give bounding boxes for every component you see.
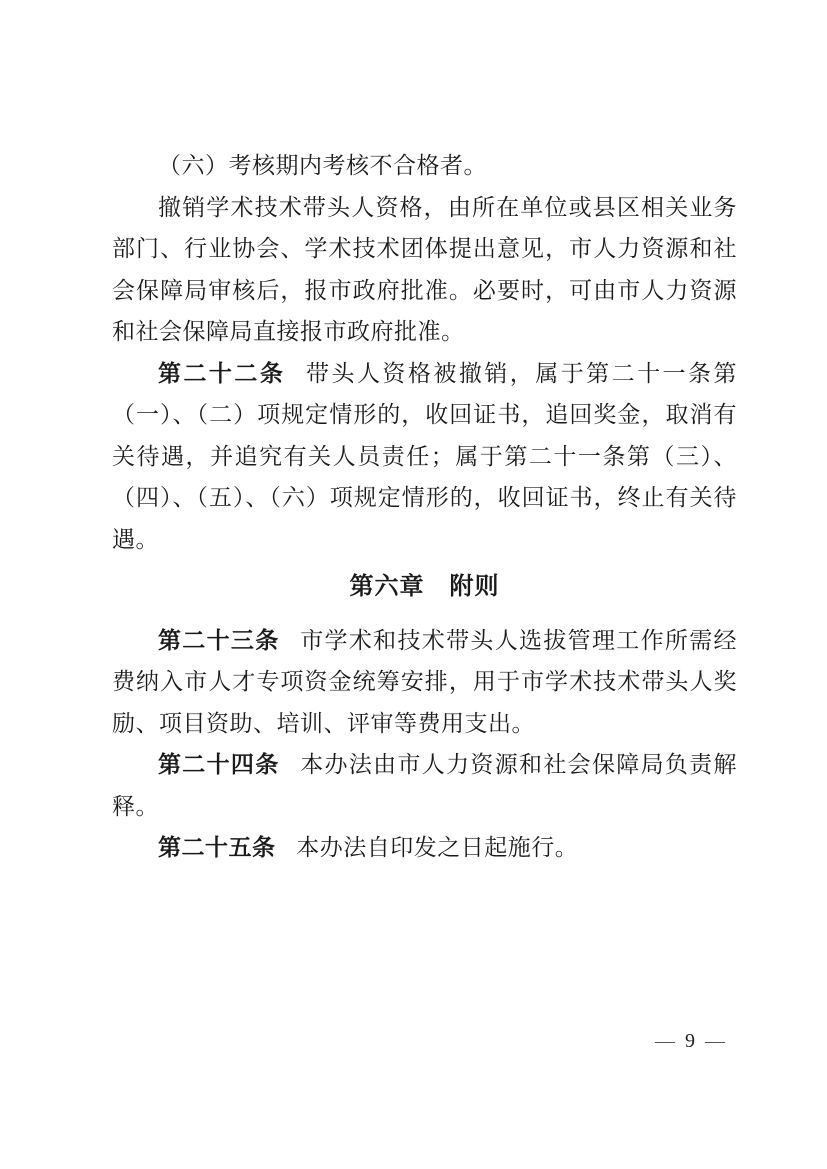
paragraph-article-24: 第二十四条本办法由市人力资源和社会保障局负责解释。 [112,744,737,827]
article-number-24: 第二十四条 [158,751,280,777]
article-number-22: 第二十二条 [158,360,285,386]
page-number: 9 [677,1030,703,1052]
paragraph-text: 带头人资格被撤销，属于第二十一条第（一）、（二）项规定情形的，收回证书，追回奖金… [112,361,737,552]
document-body: （六）考核期内考核不合格者。 撤销学术技术带头人资格，由所在单位或县区相关业务部… [112,145,737,869]
paragraph-revocation-procedure: 撤销学术技术带头人资格，由所在单位或县区相关业务部门、行业协会、学术技术团体提出… [112,187,737,353]
paragraph-article-22: 第二十二条带头人资格被撤销，属于第二十一条第（一）、（二）项规定情形的，收回证书… [112,353,737,561]
chapter-heading: 第六章 附则 [112,566,737,608]
paragraph-item-6-clause: （六）考核期内考核不合格者。 [112,145,737,187]
paragraph-text: （六）考核期内考核不合格者。 [158,153,487,178]
footer-dash-right: — [703,1030,727,1052]
document-page: （六）考核期内考核不合格者。 撤销学术技术带头人资格，由所在单位或县区相关业务部… [0,0,827,1169]
paragraph-text: 本办法自印发之日起施行。 [296,835,578,860]
article-number-25: 第二十五条 [158,834,276,860]
paragraph-text: 撤销学术技术带头人资格，由所在单位或县区相关业务部门、行业协会、学术技术团体提出… [112,195,737,345]
article-number-23: 第二十三条 [158,627,280,653]
page-footer: —9— [640,1026,740,1056]
paragraph-article-23: 第二十三条市学术和技术带头人选拔管理工作所需经费纳入市人才专项资金统筹安排，用于… [112,620,737,745]
footer-dash-left: — [653,1030,677,1052]
paragraph-article-25: 第二十五条本办法自印发之日起施行。 [112,827,737,869]
